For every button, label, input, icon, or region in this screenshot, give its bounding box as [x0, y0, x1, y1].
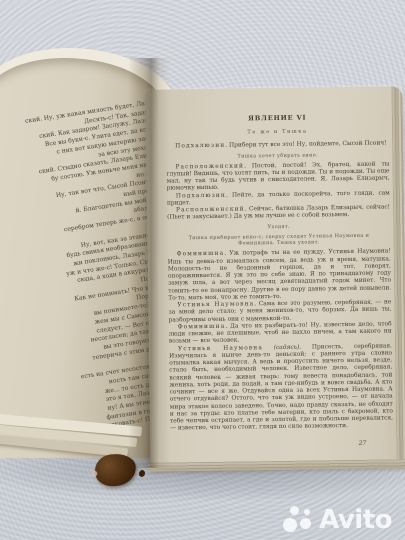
avito-logo-icon	[283, 506, 316, 533]
avito-watermark: Avito	[283, 506, 392, 533]
speaker-name: Расположенский	[175, 163, 244, 170]
speaker-note: (садясь)	[263, 344, 299, 351]
scene-heading: ЯВЛЕНИЕ VI	[166, 112, 389, 123]
page-number: 27	[170, 439, 366, 449]
speaker-name: Устинья Наумовна	[178, 345, 263, 352]
speaker-name: Устинья Наумовна	[177, 301, 254, 308]
scene-cast: Те же и Тишка	[166, 127, 389, 136]
play-paragraph: Расположенский. Постой, постой! Эх, брат…	[166, 161, 389, 193]
book-photo: ский. Ну, уж какая милость будет, Лазарь…	[0, 0, 405, 540]
right-page: ЯВЛЕНИЕ VI Те же и Тишка Подхалюзин. При…	[145, 86, 405, 470]
speaker-name: Фоминишна	[177, 251, 225, 258]
right-page-text: Подхалюзин. Прибери тут все это! Ну, пой…	[166, 140, 393, 433]
speaker-name: Подхалюзин	[176, 192, 226, 199]
play-paragraph: Устинья Наумовна. Сама все это разумею, …	[168, 300, 391, 325]
avito-label: Avito	[319, 507, 392, 533]
play-paragraph: Фоминишна. Да что их разбирать-то! Ну, и…	[169, 321, 392, 346]
play-paragraph: Устинья Наумовна (садясь). Присесть, сер…	[169, 343, 393, 433]
stage-direction: Тишка прибирает вино-с; сверху сходят Ус…	[181, 233, 376, 249]
play-paragraph: Подхалюзин. Прибери тут все это! Ну, пой…	[166, 140, 389, 150]
play-paragraph: Расположенский. Сейчас, батюшка Лазарь Е…	[167, 205, 390, 223]
speaker-name: Расположенский	[176, 207, 245, 214]
book-gutter	[128, 58, 170, 468]
right-page-content: ЯВЛЕНИЕ VI Те же и Тишка Подхалюзин. При…	[145, 86, 405, 449]
speaker-name: Фоминишна	[178, 324, 226, 331]
stage-direction: Уходят.	[181, 223, 376, 232]
speaker-name: Подхалюзин	[175, 143, 225, 150]
stage-direction: Тишка хочет убирать вино.	[180, 151, 375, 160]
play-paragraph: Фоминишна. Уж потрафь ты на ее нужду, Ус…	[168, 249, 392, 303]
